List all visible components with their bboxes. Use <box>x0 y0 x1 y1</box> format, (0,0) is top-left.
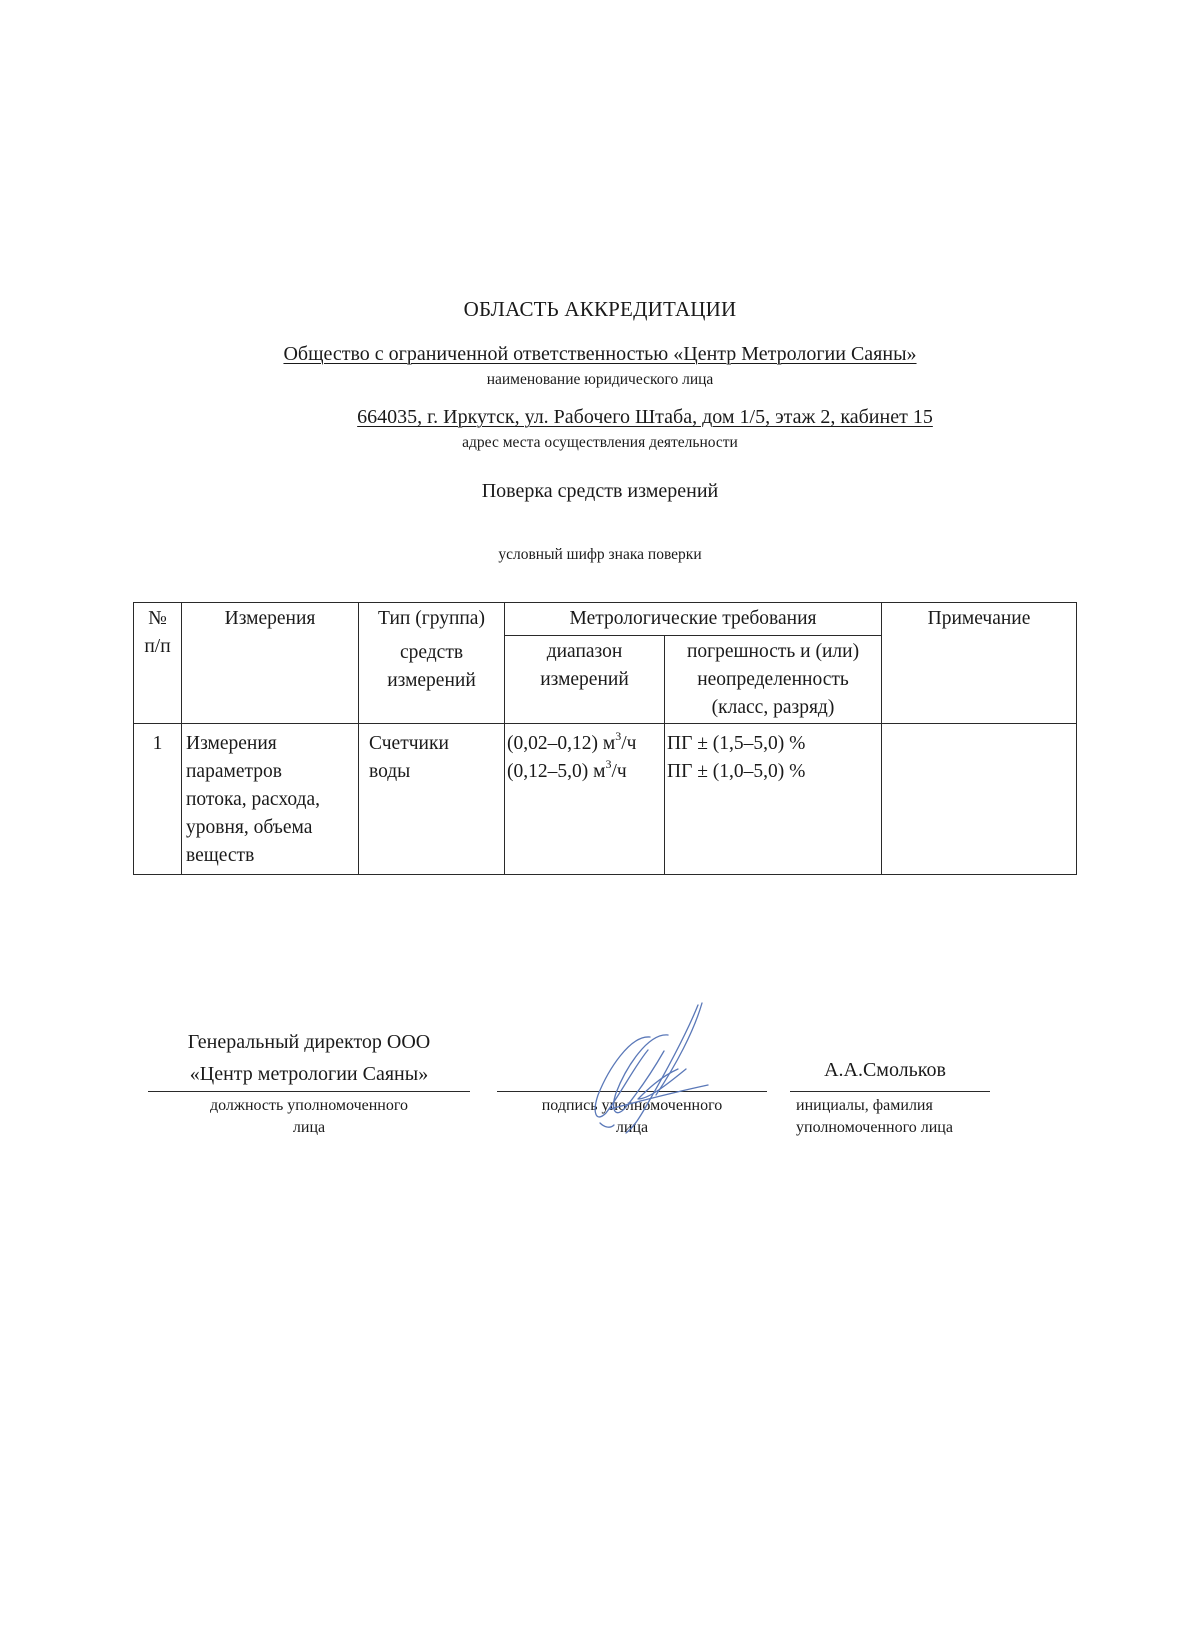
address: 664035, г. Иркутск, ул. Рабочего Штаба, … <box>300 406 990 429</box>
name-caption: инициалы, фамилия уполномоченного лица <box>796 1095 1006 1139</box>
header-metrological-requirements: Метрологические требования <box>505 603 882 636</box>
row-note <box>882 724 1077 875</box>
signer-position: Генеральный директор ООО «Центр метролог… <box>148 1026 470 1090</box>
error-value: ПГ ± (1,0–5,0) % <box>667 758 881 786</box>
header-error-line2: неопределенность <box>669 666 877 694</box>
header-number-line2: п/п <box>138 633 177 661</box>
header-number: № п/п <box>134 603 182 724</box>
header-error-line3: (класс, разряд) <box>669 694 877 722</box>
row-measurements: Измерения параметров потока, расхода, ур… <box>182 724 359 875</box>
activity-title: Поверка средств измерений <box>0 480 1200 503</box>
accreditation-scope-table: № п/п Измерения Тип (группа) средств изм… <box>133 602 1077 875</box>
measurements-line: веществ <box>186 842 354 870</box>
name-underline <box>790 1091 990 1092</box>
address-text: 664035, г. Иркутск, ул. Рабочего Штаба, … <box>357 406 933 428</box>
header-type-line2: средств <box>363 639 500 667</box>
measurements-line: Измерения <box>186 730 354 758</box>
range-value: (0,02–0,12) м3/ч <box>507 730 664 758</box>
range-value: (0,12–5,0) м3/ч <box>507 758 664 786</box>
measurements-line: параметров <box>186 758 354 786</box>
row-error: ПГ ± (1,5–5,0) % ПГ ± (1,0–5,0) % <box>665 724 882 875</box>
position-caption: должность уполномоченного лица <box>148 1095 470 1139</box>
name-caption-line2: уполномоченного лица <box>796 1117 1006 1139</box>
position-underline <box>148 1091 470 1092</box>
cipher-caption: условный шифр знака поверки <box>0 546 1200 564</box>
header-measurements: Измерения <box>182 603 359 724</box>
signer-position-line1: Генеральный директор ООО <box>148 1026 470 1058</box>
row-measurement-range: (0,02–0,12) м3/ч (0,12–5,0) м3/ч <box>505 724 665 875</box>
handwritten-signature <box>590 995 750 1135</box>
header-type-line1: Тип (группа) <box>363 605 500 633</box>
error-value: ПГ ± (1,5–5,0) % <box>667 730 881 758</box>
row-number: 1 <box>134 724 182 875</box>
header-instrument-type: Тип (группа) средств измерений <box>359 603 505 724</box>
row-instrument-type: Счетчики воды <box>359 724 505 875</box>
measurements-line: потока, расхода, <box>186 786 354 814</box>
measurements-line: уровня, объема <box>186 814 354 842</box>
header-range: диапазон измерений <box>505 636 665 724</box>
document-title: ОБЛАСТЬ АККРЕДИТАЦИИ <box>0 297 1200 322</box>
address-caption: адрес места осуществления деятельности <box>0 434 1200 452</box>
organization-name-text: Общество с ограниченной ответственностью… <box>283 343 916 365</box>
header-note: Примечание <box>882 603 1077 724</box>
signer-name: А.А.Смольков <box>800 1059 970 1082</box>
header-error: погрешность и (или) неопределенность (кл… <box>665 636 882 724</box>
signer-position-line2: «Центр метрологии Саяны» <box>148 1058 470 1090</box>
position-caption-line1: должность уполномоченного <box>148 1095 470 1117</box>
organization-name: Общество с ограниченной ответственностью… <box>0 343 1200 366</box>
type-line: Счетчики <box>369 730 500 758</box>
header-error-line1: погрешность и (или) <box>669 638 877 666</box>
header-range-line1: диапазон <box>509 638 660 666</box>
table-header-row: № п/п Измерения Тип (группа) средств изм… <box>134 603 1077 636</box>
organization-caption: наименование юридического лица <box>0 371 1200 389</box>
table-row: 1 Измерения параметров потока, расхода, … <box>134 724 1077 875</box>
header-number-line1: № <box>138 605 177 633</box>
name-caption-line1: инициалы, фамилия <box>796 1095 1006 1117</box>
type-line: воды <box>369 758 500 786</box>
position-caption-line2: лица <box>148 1117 470 1139</box>
header-range-line2: измерений <box>509 666 660 694</box>
header-type-line3: измерений <box>363 667 500 695</box>
